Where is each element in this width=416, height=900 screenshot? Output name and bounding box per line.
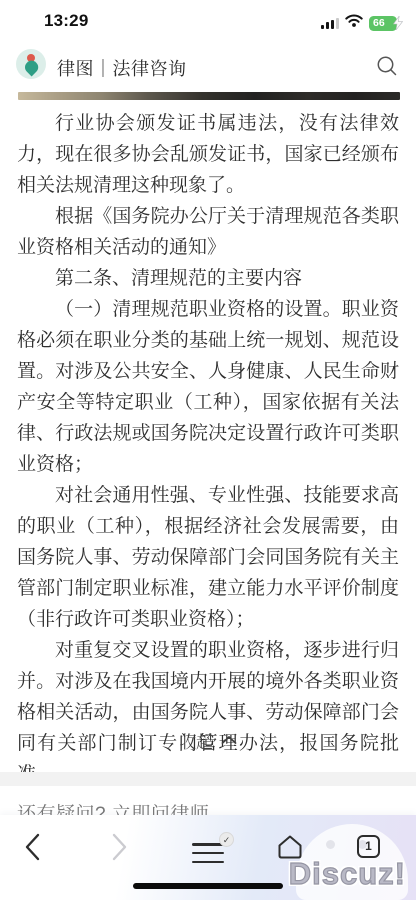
chevron-up-icon — [221, 735, 237, 745]
menu-check-badge: ✓ — [219, 832, 234, 847]
section-divider — [0, 772, 416, 786]
menu-icon[interactable]: ✓ — [192, 843, 224, 869]
status-icons: 66 — [321, 14, 403, 32]
collapse-label: 收起 — [179, 733, 213, 752]
article-paragraph: 第二条、清理规范的主要内容 — [17, 263, 399, 294]
charging-bolt-icon — [393, 16, 403, 35]
battery-charging-icon: 66 — [369, 16, 403, 31]
article-paragraph: 对社会通用性强、专业性强、技能要求高的职业（工种），根据经济社会发展需要，由国务… — [17, 480, 399, 635]
home-indicator-bar[interactable] — [133, 883, 283, 889]
search-icon[interactable] — [374, 53, 402, 81]
cellular-signal-icon — [321, 18, 339, 29]
tab-counter-button[interactable]: 1 — [357, 835, 380, 858]
article-paragraph: 根据《国务院办公厅关于清理规范各类职业资格相关活动的通知》 — [17, 201, 399, 263]
article-paragraph: （一）清理规范职业资格的设置。职业资格必须在职业分类的基础上统一规划、规范设置。… — [17, 294, 399, 480]
forward-icon[interactable] — [108, 832, 130, 867]
article-paragraph: 行业协会颁发证书属违法，没有法律效力，现在很多协会乱颁发证书，国家已经颁布相关法… — [17, 108, 399, 201]
browser-toolbar: Discuz! ✓ 1 — [0, 815, 416, 900]
clock: 13:29 — [44, 11, 88, 31]
site-title: 律图｜法律咨询 — [57, 55, 187, 81]
home-icon[interactable] — [274, 831, 306, 868]
ghost-eye — [326, 840, 335, 849]
lvtu-logo-icon[interactable] — [16, 49, 46, 79]
article-paragraph: 对重复交叉设置的职业资格，逐步进行归并。对涉及在我国境内开展的境外各类职业资格相… — [17, 635, 399, 790]
back-icon[interactable] — [22, 832, 44, 867]
menu-bar — [192, 861, 224, 864]
site-header: 律图｜法律咨询 — [0, 44, 416, 90]
status-bar: 13:29 66 — [0, 0, 416, 44]
logo-pin-body — [22, 58, 40, 76]
answer-text: 行业协会颁发证书属违法，没有法律效力，现在很多协会乱颁发证书，国家已经颁布相关法… — [17, 108, 399, 790]
discuz-watermark: Discuz! — [289, 856, 406, 892]
menu-bar — [192, 852, 224, 855]
article-photo-sliver — [18, 92, 400, 100]
collapse-button[interactable]: 收起 — [0, 728, 416, 753]
wifi-icon — [345, 14, 363, 32]
